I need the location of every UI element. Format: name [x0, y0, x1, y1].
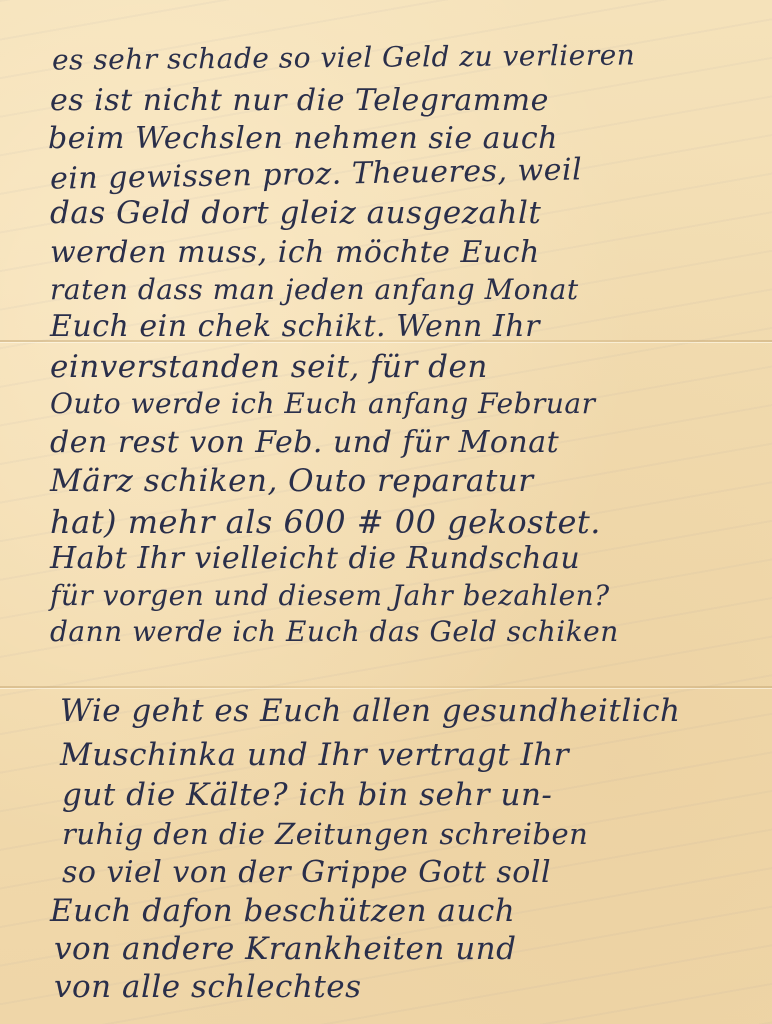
letter-page: es sehr schade so viel Geld zu verlieren… — [0, 0, 772, 1024]
letter-line: ein gewissen proz. Theueres, weil — [50, 155, 583, 194]
letter-line: den rest von Feb. und für Monat — [50, 428, 559, 458]
letter-line: Euch ein chek schikt. Wenn Ihr — [50, 312, 540, 342]
letter-line: für vorgen und diesem Jahr bezahlen? — [50, 582, 610, 610]
letter-line: von andere Krankheiten und — [54, 934, 517, 965]
paper-fold-line — [0, 686, 772, 688]
letter-line: hat) mehr als 600 # 00 gekostet. — [50, 506, 601, 538]
letter-line: das Geld dort gleiz ausgezahlt — [50, 198, 541, 229]
letter-line: es sehr schade so viel Geld zu verlieren — [52, 41, 635, 74]
letter-line: ruhig den die Zeitungen schreiben — [62, 820, 588, 849]
letter-line: einverstanden seit, für den — [50, 352, 488, 383]
letter-line: Habt Ihr vielleicht die Rundschau — [50, 544, 580, 574]
letter-line: raten dass man jeden anfang Monat — [50, 276, 579, 304]
letter-line: Wie geht es Euch allen gesundheitlich — [60, 696, 680, 727]
letter-line: beim Wechslen nehmen sie auch — [48, 124, 558, 154]
letter-line: von alle schlechtes — [54, 972, 362, 1003]
letter-line: gut die Kälte? ich bin sehr un- — [62, 780, 552, 811]
letter-line: so viel von der Grippe Gott soll — [62, 858, 551, 888]
letter-line: Muschinka und Ihr vertragt Ihr — [60, 740, 569, 771]
letter-line: März schiken, Outo reparatur — [50, 466, 534, 497]
letter-line: dann werde ich Euch das Geld schiken — [50, 618, 619, 646]
letter-line: Euch dafon beschützen auch — [50, 896, 515, 927]
letter-line: es ist nicht nur die Telegramme — [50, 86, 549, 116]
letter-line: Outo werde ich Euch anfang Februar — [50, 390, 596, 418]
letter-line: werden muss, ich möchte Euch — [50, 238, 540, 268]
